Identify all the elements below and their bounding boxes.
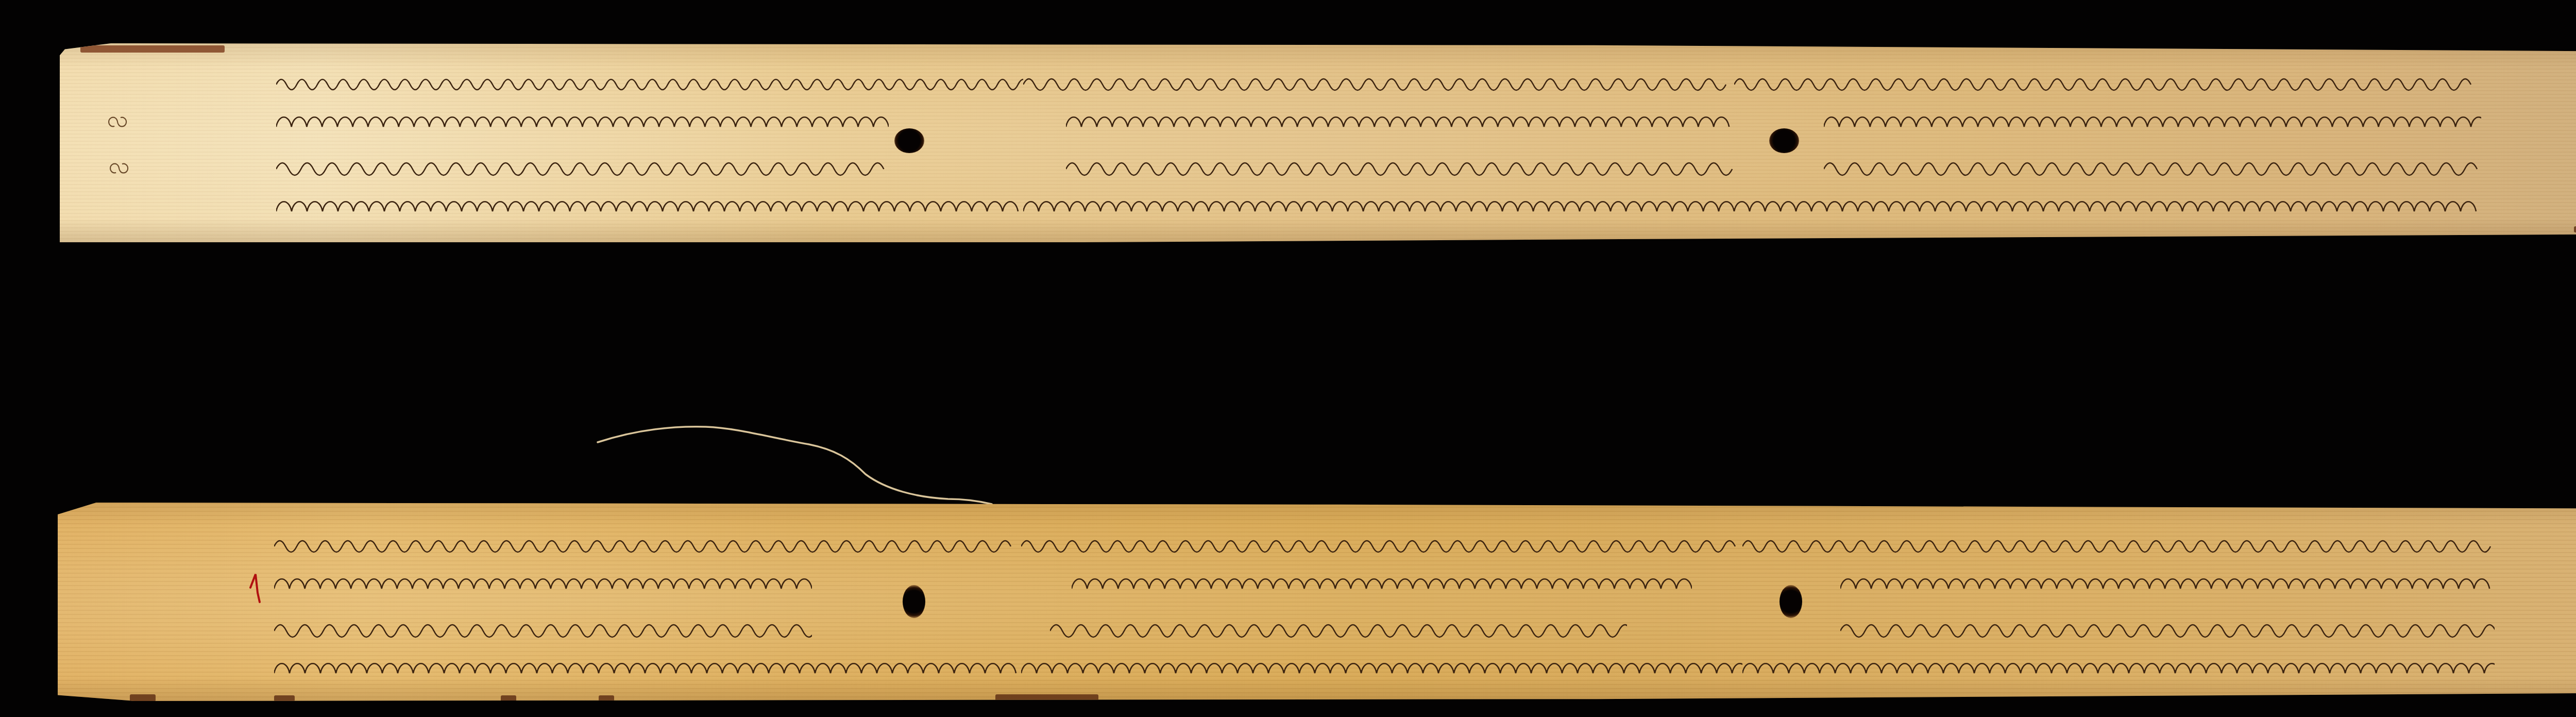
text-block-right: ဂဟရာဂ်ဂ် ဂဏ္ဏ သမ္ဘူ ဂဏ္ဏူဆေယ်ာဂဲ ဝ်ဲ့ ယေ… — [1734, 69, 2481, 219]
script-line: သံ ယုဘို ယ ဘူ ဝေဟုဘူ ဘူ ဂဝိ ဂေဂိဂျု ယာဂူ… — [274, 615, 812, 638]
edge-damage — [599, 695, 614, 701]
edge-damage — [130, 694, 156, 701]
photo-scene: လ လ ဤကလယမှုဟာသေဌ် ဟလမှုကာမေ့ ဝဲရသောဟာဝတ္… — [0, 0, 2576, 717]
script-line: ဝဂ္ဂူ ဂဝ ဂဏ္ဏ ပမ္ဘူ ဂဲ ဂဏ္ဏ ဘူ ဝေဝ ဂဲ ဝေ… — [1840, 615, 2495, 638]
script-line: ဝ် ဂိ ဂဏ္ဏ ဝေဘော ဂဏ္ဏ ဝယ ဘ္ဘာ ဘူ ဘူ ဝေဘူ… — [274, 658, 1021, 680]
edge-damage — [501, 695, 516, 701]
script-line: ဝ ဘော ဝေဂ ဂ ဘူ ဝေ ယ ဘှ ဘ ဂ ဂ ဘူ ဘူ ဂဲဂုဂ… — [1742, 531, 2495, 554]
edge-damage — [2574, 226, 2576, 232]
script-line: ဝေ ဝ ဘူ ဂဏ ဝယ ဂ ဝ ဘူ ဝေ ဘော ဘူ ဂ ဘူ ဂ ဘူ… — [1742, 658, 2495, 680]
text-block-middle: ဝေဒမ္မေကော့ဂှာဝမ္ဘှာ ယေရည်ာဝေရှဘျ ဟျာ ဂ္… — [1023, 69, 1734, 219]
script-line: ဝ်ဂဲ ဟဝိ ရေကုရ္ဂ ဘော့မှုသံ ပြုဘူရွှ ဝေဘေ… — [1066, 154, 1734, 176]
script-line: ဂဏ္ဏ ဘော ဘ္ဘ ပယ ဘ ဂ္ဂ ဘော ဂ တ္ဘ ဂ ဘ ဘ ဝေ… — [1840, 573, 2495, 596]
palm-leaf-folio-1: လ လ ဤကလယမှုဟာသေဌ် ဟလမှုကာမေ့ ဝဲရသောဟာဝတ္… — [60, 43, 2576, 242]
edge-damage — [995, 694, 1098, 701]
script-line: ဏ္ဏဝ္ဘာယ ဘူ ယ ဂ္ဂာ ဂမ္ဘူ ဟ္ဘို ဂဏာ ဂေကူ … — [274, 573, 812, 596]
script-line: ဝေဒမ္မေကော့ဂှာဝမ္ဘှာ ယေရည်ာဝေရှဘျ ဟျာ ဂ္… — [1023, 69, 1734, 92]
text-block-middle: ဂဂ ဘ ဂေဂူ ဝတ္ဘိ ဂဲ ဂေဂူ ယဂ္ဂ ဘူ ယူဘိ ဝ ဘ… — [1021, 531, 1742, 680]
script-line: ဂဏရွှဘေ့ဝဏ္ဏ ရုဏ္ဏဂရွ် ယာဝတ္တယ် ယမ္မေရှယ… — [276, 111, 889, 134]
script-line: တိပုသိဝေဟေသံ ဝေဘော ဝဘော ဂိမှုဘျာ ဘှာဿဘှ … — [1066, 111, 1734, 134]
red-ink-mark — [248, 572, 264, 603]
folio-number-mark: လ — [109, 152, 130, 185]
text-block-left: ဏ္ဏံယမ္မုဂပါ ဖြိ ဝေဟာဘယ် ယပ ဖြိ ဝေဟာ ဂိပ… — [274, 531, 1021, 680]
edge-damage — [80, 45, 225, 53]
text-block-left: ဤကလယမှုဟာသေဌ် ဟလမှုကာမေ့ ဝဲရသောဟာဝတ္တဲ့ဘ… — [276, 69, 1023, 219]
script-line: ဤကလယမှုဟာသေဌ် ဟလမှုကာမေ့ ဝဲရသောဟာဝတ္တဲ့ဘ… — [276, 69, 1023, 92]
script-line: ပြုဘဂ္ဂ ဂဲ့ ဝိတ္ထာဘော ပြုဘဂ္ဂ ဝိတ္တိ ဂဏ္… — [1023, 196, 1734, 219]
edge-damage — [274, 695, 295, 701]
text-block-right: ဝ ဘော ဝေဂ ဂ ဘူ ဝေ ယ ဘှ ဘ ဂ ဂ ဘူ ဘူ ဂဲဂုဂ… — [1742, 531, 2495, 680]
script-line: ဂဏ္ဏ ပမ္ဘူ ဝဝါဟ္ဂ ဂဲ ဝေရွှ ယောဘာဂ္ဂ ဝိ ဂ… — [1734, 196, 2481, 219]
script-line: ဝ ဘော ဘူ ဝေ ယ ဘ္ဘူ ဘ ဘ ဝ ဂဝ ဘူ ဝေ ဘော ဝေ… — [1021, 658, 1742, 680]
script-line: ဤပယ္ဌဲ ဝိရဲဂေဝဏ္ဏမှုဟာဝိဟ္ဗဝိဠ္ဌ ယေရည်ာ … — [276, 196, 1023, 219]
palm-leaf-folio-2: ဏ္ဏံယမ္မုဂပါ ဖြိ ဝေဟာဘယ် ယပ ဖြိ ဝေဟာ ဂိပ… — [58, 503, 2576, 701]
folio-number-mark: လ — [107, 105, 128, 138]
script-line: ဏ္ဏဘှူ ဂ္ဂ ဝ ဘို ယ ဂ ဝ ဘူ ဝ တ္ဘိ ဘူ ဂမ္ဘ… — [1072, 573, 1692, 596]
script-line: ဂဘော ဝေ ဂ္ဂဘာ ဂဏ္ဏ ပြု ဘူ ဝေ ဝ ဘ ပြု ဂဏ္… — [1050, 615, 1627, 638]
script-line: ဂဂ ဘ ဂေဂူ ဝတ္ဘိ ဂဲ ဂေဂူ ယဂ္ဂ ဘူ ယူဘိ ဝ ဘ… — [1021, 531, 1742, 554]
script-line: ဘိဝါဂေဟာဝဏ္ဏ ဘ္ဘူ ဘှူ ဂရွ်ဘို ကယမှုဟာသေ … — [1824, 111, 2481, 134]
script-line: ဟာယာ့မဲ့ ဟိတ္တယာဝတ္တယ် ရေမ္မေးယောတ္တဲ့ဝိ — [276, 154, 896, 176]
script-line: မှုပ ပေဠ္ဌ ဟ္ဂ ဂ္ဂာဝ ဂဏ္ဏ ဝေဝေ ဝယေဂိ ဝေဘ… — [1824, 154, 2481, 176]
script-line: ဏ္ဏံယမ္မုဂပါ ဖြိ ဝေဟာဘယ် ယပ ဖြိ ဝေဟာ ဂိပ… — [274, 531, 1021, 554]
script-line: ဂဟရာဂ်ဂ် ဂဏ္ဏ သမ္ဘူ ဂဏ္ဏူဆေယ်ာဂဲ ဝ်ဲ့ ယေ… — [1734, 69, 2481, 92]
